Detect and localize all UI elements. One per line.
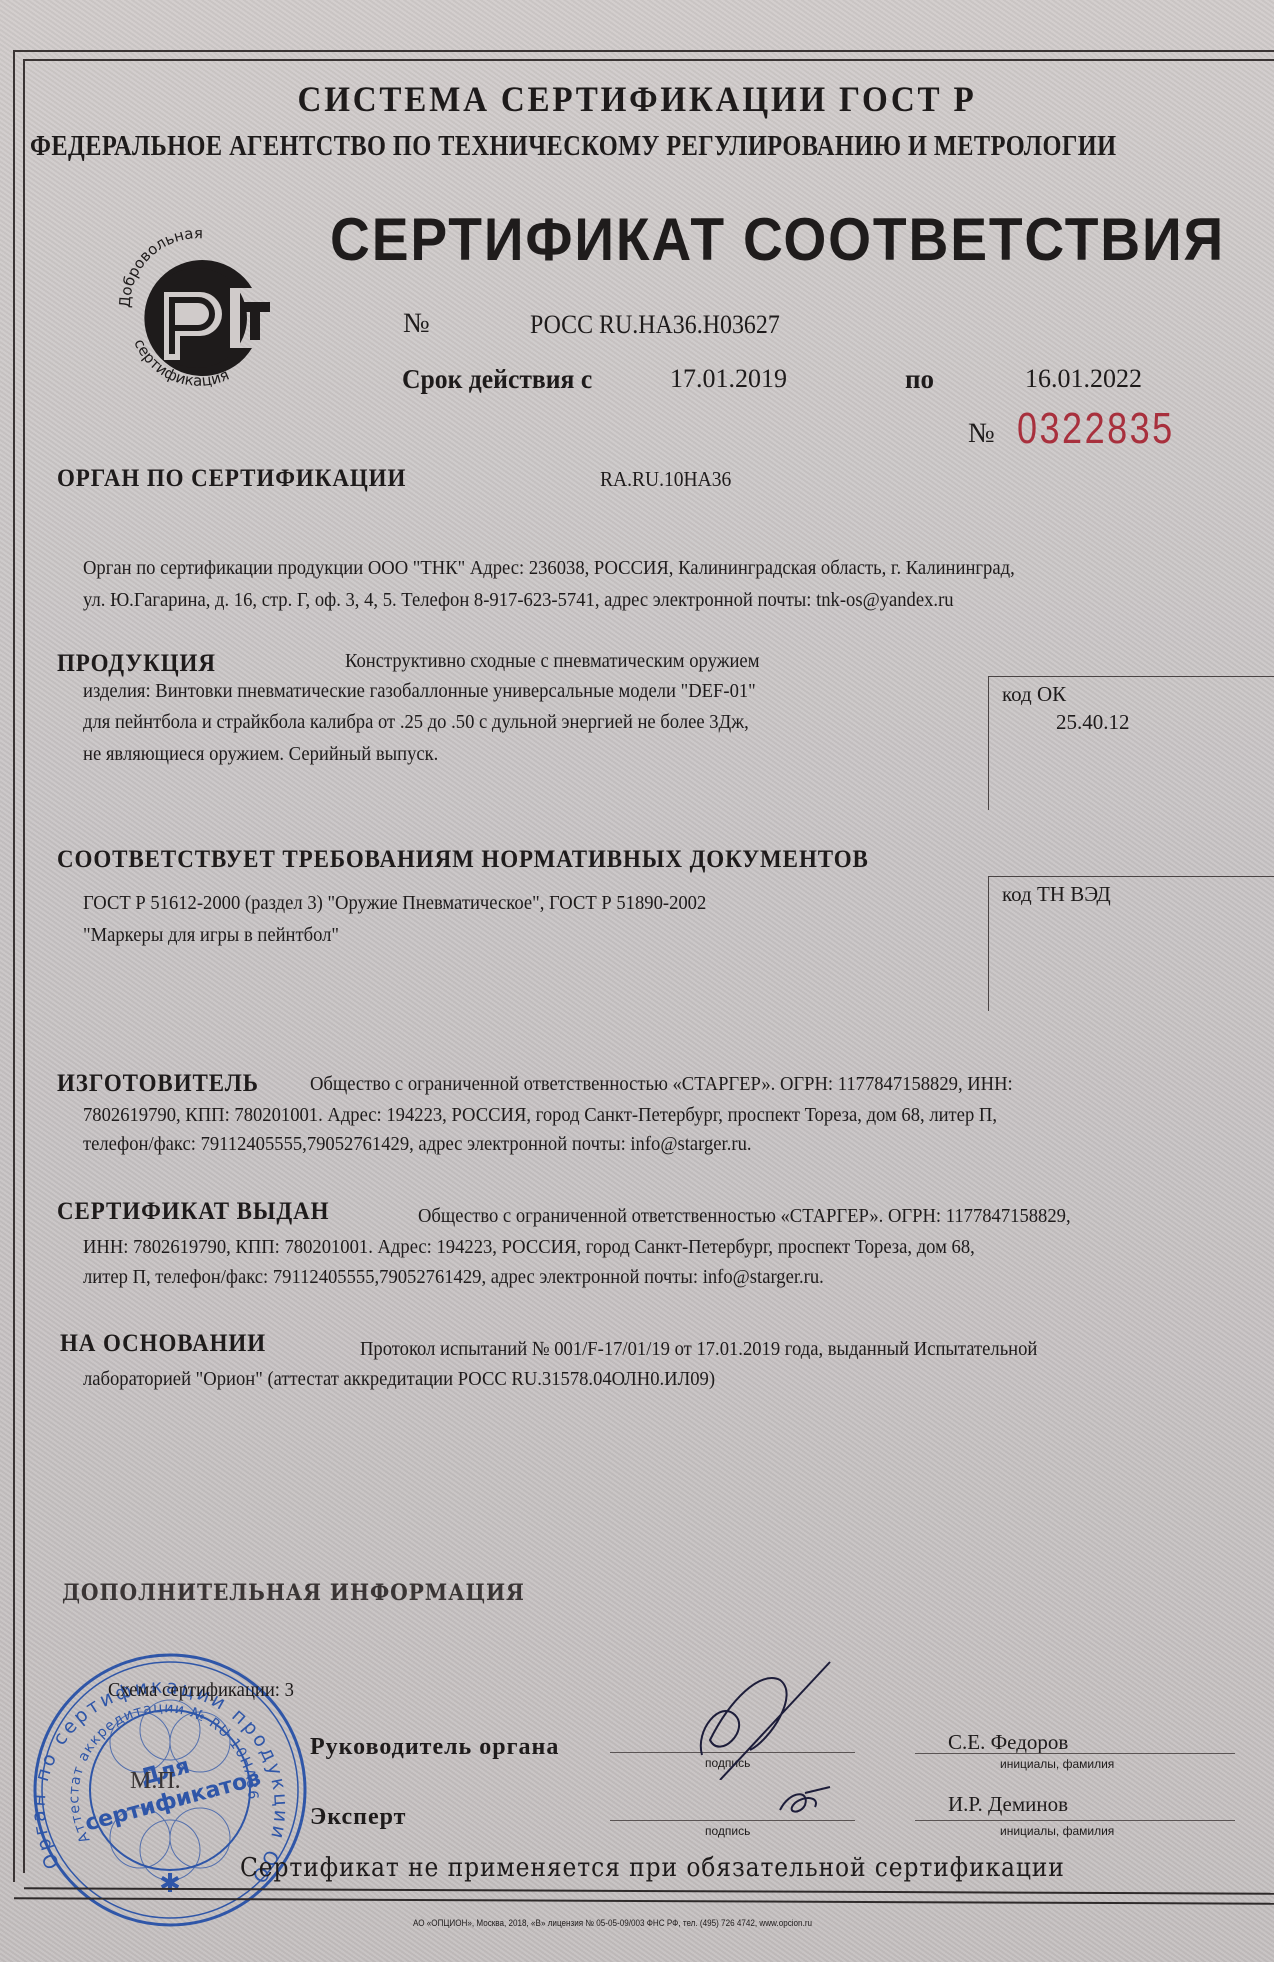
basis-heading: НА ОСНОВАНИИ [60,1330,266,1358]
expert-signature-icon [775,1785,835,1820]
serial-number: 0322835 [1017,404,1175,454]
tnved-code-box: код ТН ВЭД [988,876,1274,1011]
rst-logo-icon: Добровольная сертификация [112,230,282,395]
certificate-number: РОСС RU.НА36.Н03627 [530,310,780,340]
certification-body-heading: ОРГАН ПО СЕРТИФИКАЦИИ [57,465,406,493]
valid-to-label: по [905,364,934,395]
svg-text:✱: ✱ [159,1869,181,1898]
expert-signature-caption: подпись [705,1824,750,1838]
manufacturer-heading: ИЗГОТОВИТЕЛЬ [57,1070,259,1098]
basis-line1: Протокол испытаний № 001/F-17/01/19 от 1… [360,1338,1037,1361]
product-heading: ПРОДУКЦИЯ [57,650,216,678]
conformity-line1: ГОСТ Р 51612-2000 (раздел 3) "Оружие Пне… [83,892,706,915]
agency-name: ФЕДЕРАЛЬНОЕ АГЕНТСТВО ПО ТЕХНИЧЕСКОМУ РЕ… [30,130,1117,163]
head-signature-icon [690,1660,840,1780]
manufacturer-line1: Общество с ограниченной ответственностью… [310,1073,1013,1096]
ok-code-label: код ОК [1002,682,1066,707]
certification-body-code: RA.RU.10НА36 [600,467,731,492]
certificate-number-label: № [403,308,430,340]
head-role-label: Руководитель органа [310,1734,559,1761]
product-line2: изделия: Винтовки пневматические газобал… [83,680,756,703]
serial-number-label: № [968,418,995,450]
product-line1: Конструктивно сходные с пневматическим о… [345,650,759,673]
basis-line2: лабораторией "Орион" (аттестат аккредита… [83,1368,715,1391]
issued-to-line2: ИНН: 7802619790, КПП: 780201001. Адрес: … [83,1236,975,1259]
footer-note: Сертификат не применяется при обязательн… [240,1853,1065,1883]
expert-signature-line [610,1820,855,1821]
certification-body-line1: Орган по сертификации продукции ООО "ТНК… [83,557,1015,580]
manufacturer-line2: 7802619790, КПП: 780201001. Адрес: 19422… [83,1104,997,1127]
manufacturer-line3: телефон/факс: 79112405555,79052761429, а… [83,1133,752,1156]
additional-info-heading: ДОПОЛНИТЕЛЬНАЯ ИНФОРМАЦИЯ [62,1580,525,1606]
printer-imprint: АО «ОПЦИОН», Москва, 2018, «В» лицензия … [413,1918,812,1928]
ok-code-value: 25.40.12 [1056,710,1130,735]
certification-scheme: Схема сертификации: 3 [108,1679,294,1702]
valid-from: 17.01.2019 [670,364,787,394]
certificate-title: СЕРТИФИКАТ СООТВЕТСТВИЯ [330,205,1225,274]
product-line3: для пейнтбола и страйкбола калибра от .2… [83,711,749,734]
certification-body-line2: ул. Ю.Гагарина, д. 16, стр. Г, оф. 3, 4,… [83,589,954,612]
issued-to-line1: Общество с ограниченной ответственностью… [418,1205,1071,1228]
head-name: С.Е. Федоров [948,1730,1068,1755]
system-title: СИСТЕМА СЕРТИФИКАЦИИ ГОСТ Р [51,78,1223,120]
expert-name-line [915,1820,1235,1821]
expert-name: И.Р. Деминов [948,1792,1068,1817]
tnved-code-label: код ТН ВЭД [1002,882,1111,907]
valid-to: 16.01.2022 [1025,364,1142,394]
conformity-heading: СООТВЕТСТВУЕТ ТРЕБОВАНИЯМ НОРМАТИВНЫХ ДО… [57,846,869,874]
expert-name-caption: инициалы, фамилия [1000,1824,1114,1838]
expert-role-label: Эксперт [310,1804,406,1831]
validity-label: Срок действия с [402,364,592,395]
ok-code-box: код ОК 25.40.12 [988,676,1274,810]
product-line4: не являющиеся оружием. Серийный выпуск. [83,743,438,766]
conformity-line2: "Маркеры для игры в пейнтбол" [83,924,339,947]
head-name-line [915,1753,1235,1754]
stamp-place-mark: М.П. [130,1768,181,1795]
issued-to-line3: литер П, телефон/факс: 79112405555,79052… [83,1266,824,1289]
head-name-caption: инициалы, фамилия [1000,1757,1114,1771]
issued-to-heading: СЕРТИФИКАТ ВЫДАН [57,1198,329,1226]
